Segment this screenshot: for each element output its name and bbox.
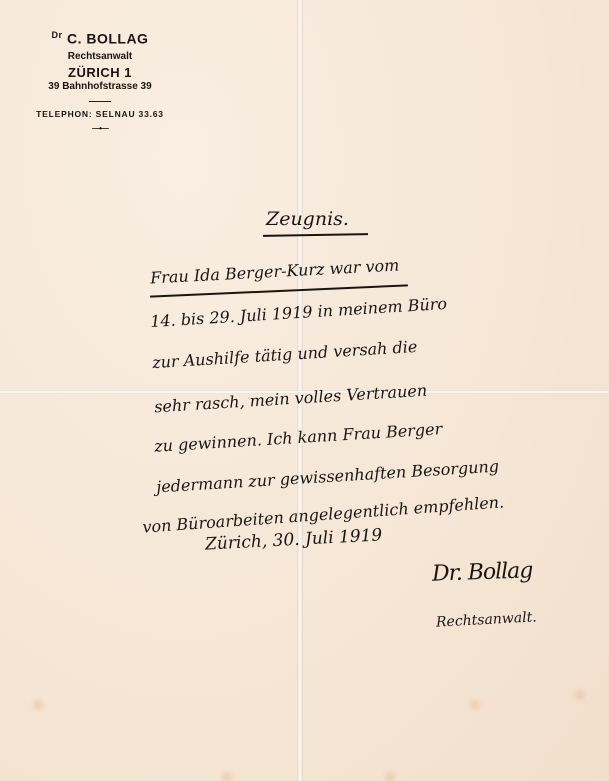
name-text: C. BOLLAG	[63, 31, 149, 47]
foxing-spot	[470, 700, 480, 710]
letterhead-ornament: —•—	[0, 124, 200, 133]
letter-line: zur Aushilfe tätig und versah die	[152, 337, 418, 372]
title-underline	[263, 233, 368, 236]
letter-title: Zeugnis.	[266, 208, 349, 230]
name-prefix: Dr	[52, 30, 63, 40]
letter-page: Dr C. BOLLAG Rechtsanwalt ZÜRICH 1 39 Ba…	[0, 0, 609, 781]
letterhead-telephone: TELEPHON: SELNAU 33.63	[0, 109, 200, 119]
signature-title: Rechtsanwalt.	[436, 609, 537, 630]
letterhead: Dr C. BOLLAG Rechtsanwalt ZÜRICH 1 39 Ba…	[0, 30, 200, 133]
foxing-spot	[222, 772, 232, 781]
foxing-spot	[575, 690, 585, 700]
letterhead-address: 39 Bahnhofstrasse 39	[0, 81, 200, 92]
letterhead-divider	[89, 101, 111, 102]
letter-line: sehr rasch, mein volles Vertrauen	[154, 381, 428, 417]
foxing-spot	[385, 772, 395, 781]
letterhead-name: Dr C. BOLLAG	[0, 30, 200, 47]
letterhead-profession: Rechtsanwalt	[0, 51, 200, 62]
letterhead-city: ZÜRICH 1	[0, 65, 200, 80]
foxing-spot	[33, 700, 43, 710]
letter-line: jedermann zur gewissenhaften Besorgung	[156, 457, 500, 497]
signature: Dr. Bollag	[432, 558, 533, 586]
letter-line: Frau Ida Berger-Kurz war vom	[150, 255, 400, 287]
name-underline	[150, 284, 408, 297]
